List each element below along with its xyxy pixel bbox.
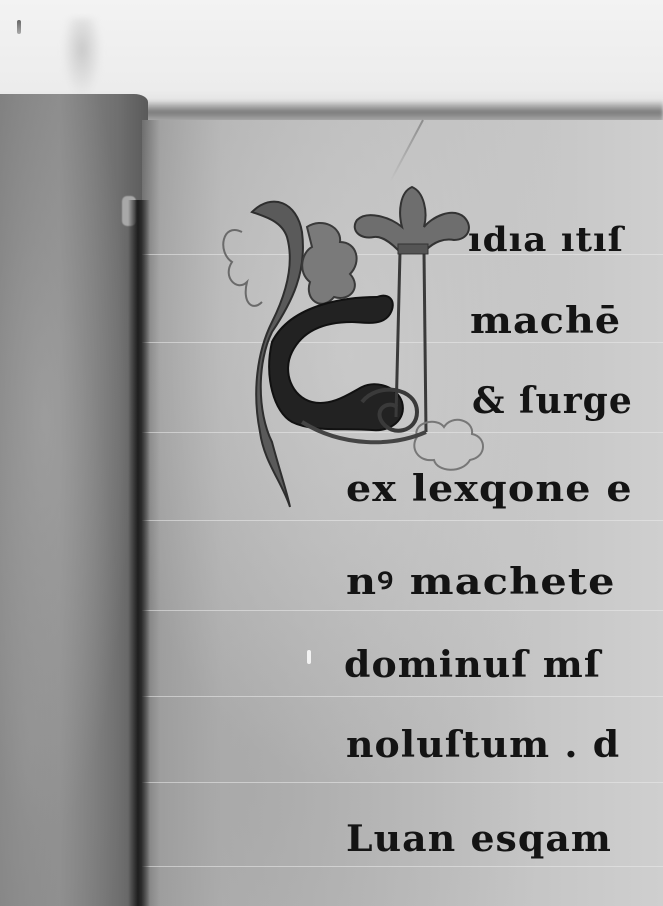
manuscript-line: & ſurge — [472, 380, 633, 422]
manuscript-line: Luan esqam — [346, 818, 612, 860]
ruling-line — [142, 610, 663, 611]
manuscript-line: nꝰ machete — [346, 556, 616, 605]
blurred-flap — [62, 18, 102, 98]
ruling-line — [142, 866, 663, 867]
ruling-line — [142, 696, 663, 697]
ruling-line — [142, 782, 663, 783]
book-gutter — [128, 200, 150, 906]
ruling-line — [142, 520, 663, 521]
page-crease — [389, 120, 424, 183]
dust-speck — [17, 20, 21, 34]
decorated-initial-icon — [212, 182, 502, 512]
manuscript-line: noluſtum . d — [346, 724, 620, 766]
white-speck — [307, 650, 311, 664]
manuscript-line: machē — [470, 300, 621, 342]
manuscript-line: ıdıa ıtıſ — [468, 220, 624, 260]
manuscript-line: ex lexqone e — [346, 468, 633, 510]
manuscript-line: dominuſ mſ — [344, 644, 601, 686]
